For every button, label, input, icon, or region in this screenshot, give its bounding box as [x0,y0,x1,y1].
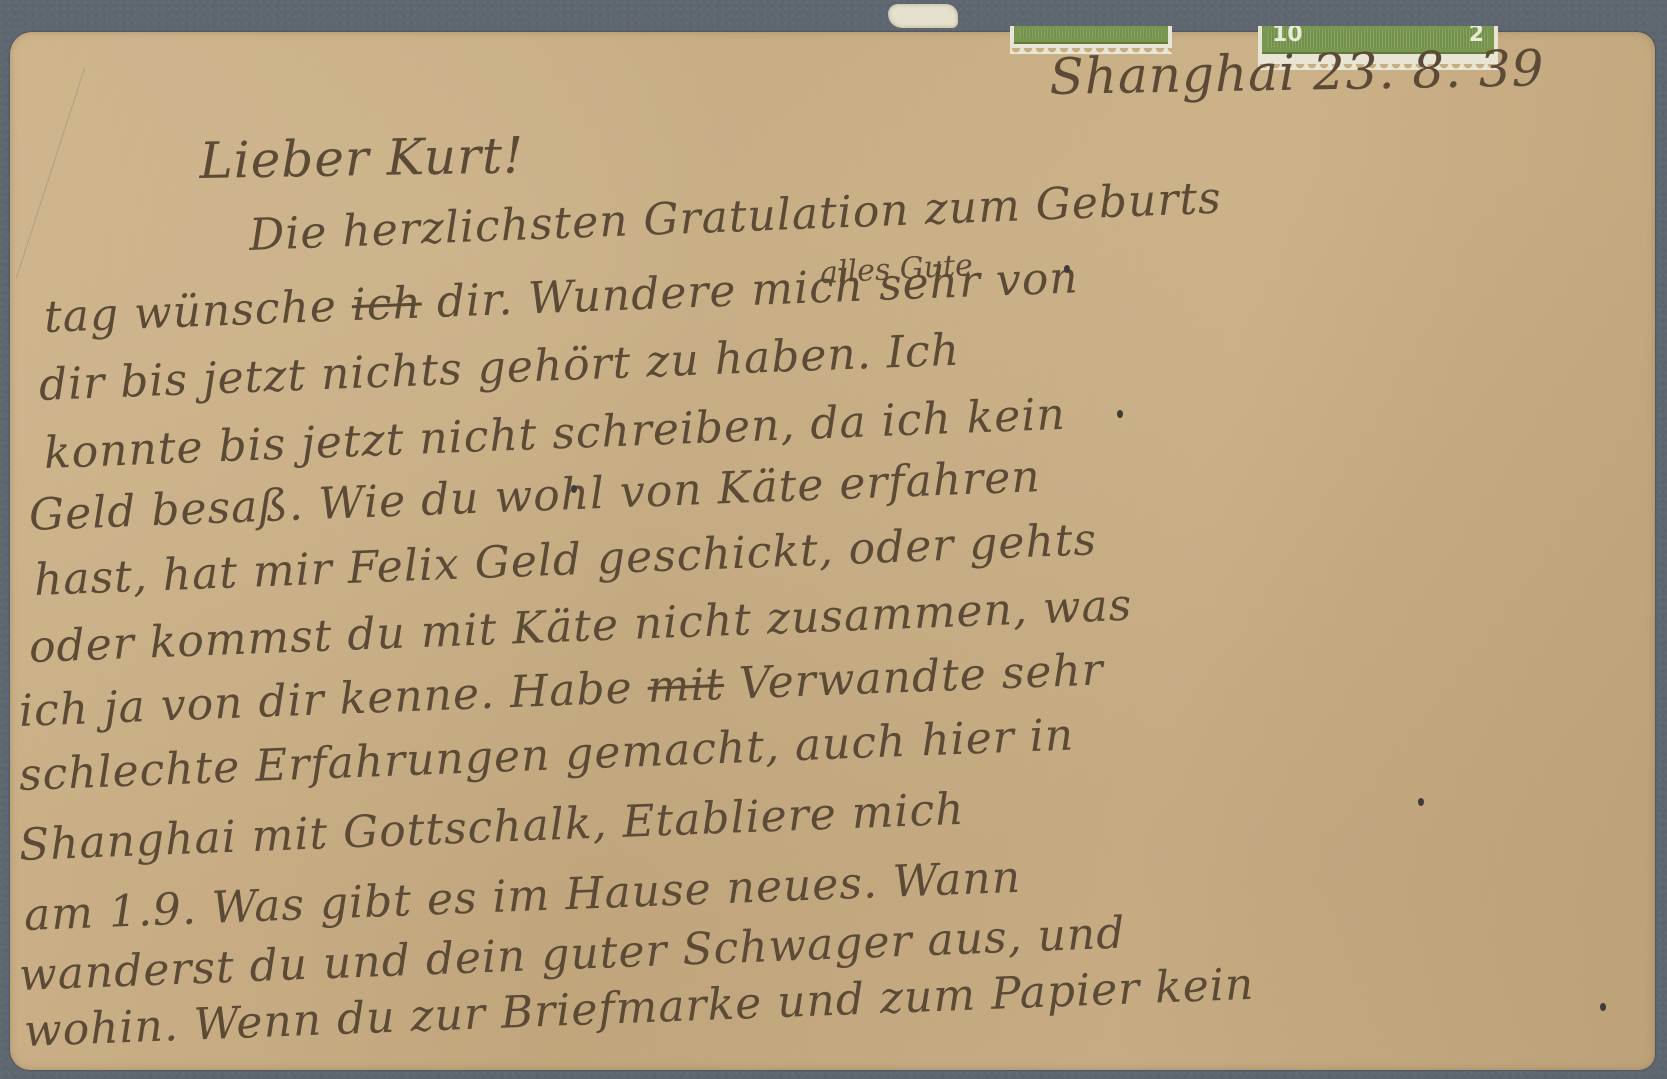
scanned-postcard-image: 10 2 Shanghai 23. 8. 39 Lieber Kurt! Die… [0,0,1667,1079]
ink-dot [1064,265,1070,273]
ink-dot [1418,798,1424,806]
ink-dot [1117,410,1123,418]
stamp-design [1014,26,1168,44]
struck-out-word: ich [351,278,423,332]
struck-out-word: mit [647,659,725,713]
letter-greeting: Lieber Kurt! [199,126,525,190]
paper-tear-remnant [888,4,958,28]
place-and-date: Shanghai 23. 8. 39 [1049,39,1545,106]
ink-dot [1600,1003,1606,1011]
card-crease [16,68,145,278]
ink-dot [571,485,577,493]
